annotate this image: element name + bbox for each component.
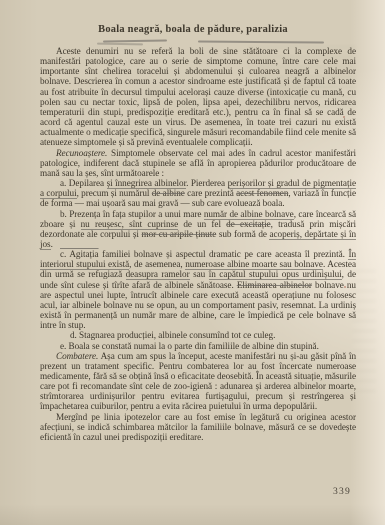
text-segment-overline: c. Agitația xyxy=(60,249,99,259)
pencil-underline-title xyxy=(97,43,143,45)
pencil-underline-title xyxy=(198,40,324,43)
text-segment: a. Depilarea xyxy=(60,178,107,188)
text-segment: . Pierderea xyxy=(186,178,228,188)
pencil-underline-title xyxy=(103,39,167,42)
paragraph: Recunoaștere. Simptomele observate cel m… xyxy=(40,148,356,178)
text-segment: b. Prezența în fața stupilor a unui mare xyxy=(60,209,204,219)
text-segment: Mergînd pe linia ipotezelor care au fost… xyxy=(40,412,356,442)
text-segment: . xyxy=(51,239,53,249)
text-segment-italic: Combatere. xyxy=(56,351,98,361)
text-segment: d. Stagnarea producției, albinele consum… xyxy=(70,330,275,340)
text-segment: familiei bolnave și aspectul dramatic pe… xyxy=(99,249,349,259)
text-segment-strike: de albine xyxy=(152,188,185,198)
text-segment-strike: acest fenomen xyxy=(236,188,288,198)
paragraph: d. Stagnarea producției, albinele consum… xyxy=(40,330,356,340)
scanned-book-page: Boala neagră, boala de pădure, paralizia… xyxy=(0,0,385,525)
paper-speck xyxy=(344,286,346,288)
paragraph: e. Boala se constată numai la o parte di… xyxy=(40,341,356,351)
text-segment-strike: mor cu aripile ținute xyxy=(142,229,217,239)
paragraph: c. Agitația familiei bolnave și aspectul… xyxy=(40,249,356,330)
text-segment: , de asemenea, xyxy=(129,259,185,269)
paper-speck xyxy=(343,116,345,118)
paragraph: a. Depilarea și înnegrirea albinelor. Pi… xyxy=(40,178,356,208)
text-segment-italic: Recunoaștere. xyxy=(56,148,107,158)
text-segment: de un fel xyxy=(178,219,226,229)
text-segment-strike: de excitație xyxy=(226,219,270,229)
text-segment: e. Boala se constată numai la o parte di… xyxy=(60,341,319,351)
text-segment: sau xyxy=(190,269,209,279)
text-segment: , precum și numărul xyxy=(77,188,152,198)
paragraph: b. Prezența în fața stupilor a unui mare… xyxy=(40,209,356,250)
paragraph: Mergînd pe linia ipotezelor care au fost… xyxy=(40,412,356,442)
text-segment: care prezintă xyxy=(185,188,236,198)
paragraph: Aceste denumiri nu se referă la boli de … xyxy=(40,46,356,148)
paragraph: Combatere. Așa cum am spus la început, a… xyxy=(40,351,356,412)
text-segment: Aceste denumiri nu se referă la boli de … xyxy=(40,46,356,147)
page-title: Boala neagră, boala de pădure, paralizia xyxy=(34,24,352,35)
body-text: Aceste denumiri nu se referă la boli de … xyxy=(40,46,356,442)
page-number: 339 xyxy=(333,486,351,497)
text-segment: sub formă de xyxy=(216,229,269,239)
text-segment-strike: Eliminarea albinelor xyxy=(237,280,312,290)
